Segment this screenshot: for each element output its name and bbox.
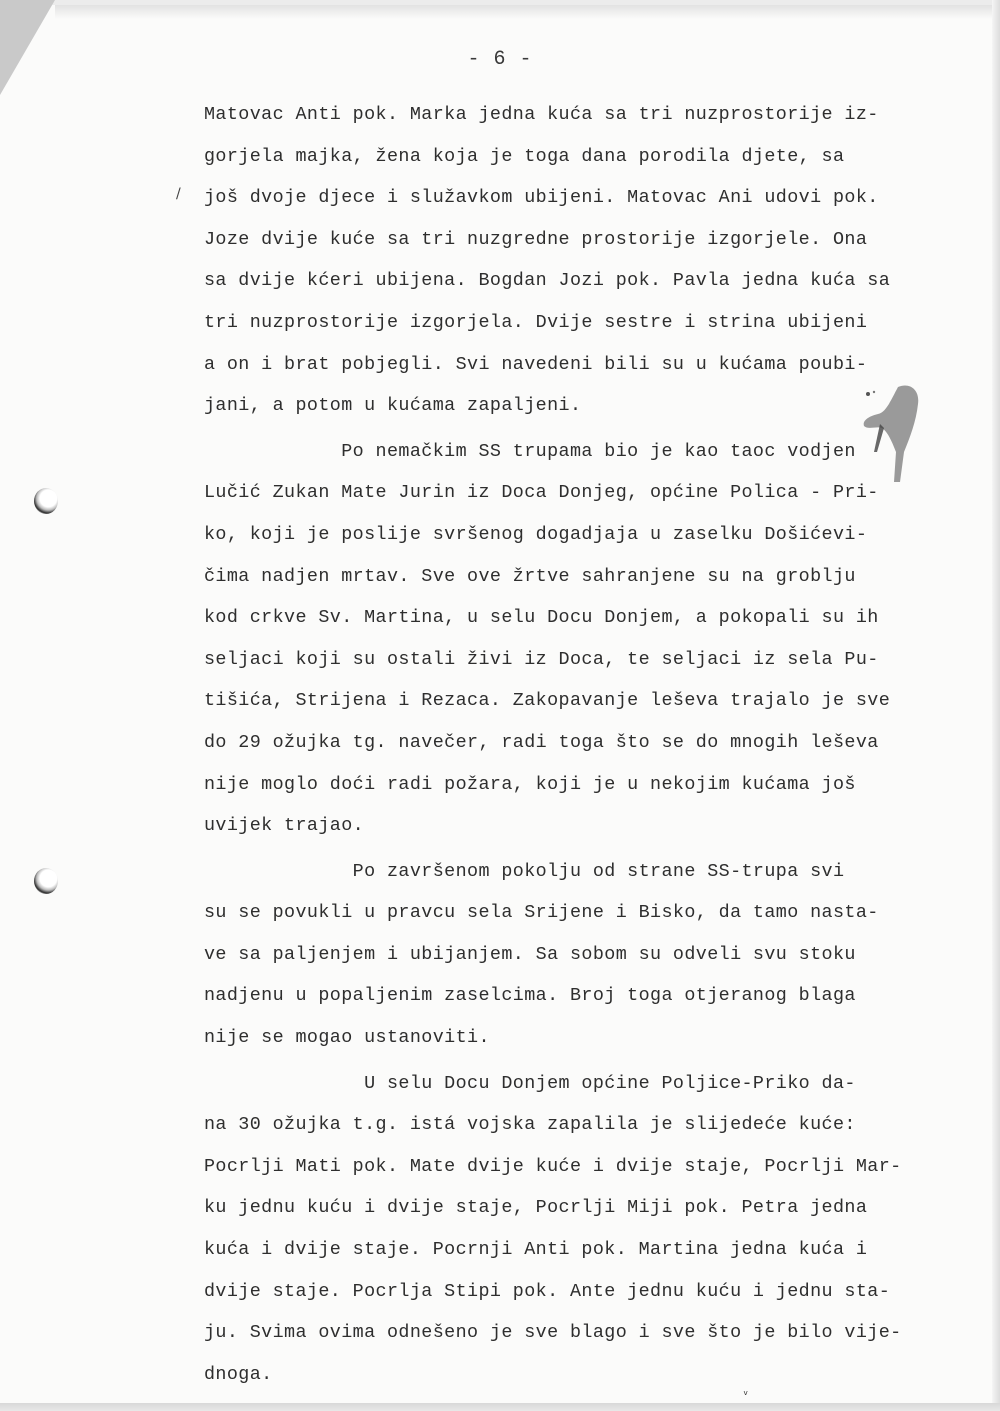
text-line: Joze dvije kuće sa tri nuzgredne prostor… — [204, 225, 964, 267]
text-line: tri nuzprostorije izgorjela. Dvije sestr… — [204, 308, 964, 350]
text-line: dnoga. — [204, 1360, 964, 1402]
text-line: su se povukli u pravcu sela Srijene i Bi… — [204, 898, 964, 940]
paragraph-p2: Po nemačkim SS trupama bio je kao taoc v… — [204, 437, 964, 853]
text-line: ve sa paljenjem i ubijanjem. Sa sobom su… — [204, 940, 964, 982]
text-line: uvijek trajao. — [204, 811, 964, 853]
text-line: čima nadjen mrtav. Sve ove žrtve sahranj… — [204, 562, 964, 604]
page-bottom-edge — [0, 1403, 1000, 1411]
text-line: a on i brat pobjegli. Svi navedeni bili … — [204, 350, 964, 392]
text-line: još dvoje djece i služavkom ubijeni. Mat… — [204, 183, 964, 225]
paragraph-p4: U selu Docu Donjem općine Poljice-Priko … — [204, 1069, 964, 1402]
scanned-page: / ᵥ - 6 - Matovac Anti pok. Marka jedna … — [0, 0, 1000, 1411]
paragraph-p3: Po završenom pokolju od strane SS-trupa … — [204, 857, 964, 1065]
text-line: gorjela majka, žena koja je toga dana po… — [204, 142, 964, 184]
text-line: U selu Docu Donjem općine Poljice-Priko … — [204, 1069, 964, 1111]
paragraph-p1: Matovac Anti pok. Marka jedna kuća sa tr… — [204, 100, 964, 433]
text-line: ju. Svima ovima odnešeno je sve blago i … — [204, 1318, 964, 1360]
text-line: seljaci koji su ostali živi iz Doca, te … — [204, 645, 964, 687]
text-line: Po nemačkim SS trupama bio je kao taoc v… — [204, 437, 964, 479]
text-line: kuća i dvije staje. Pocrnji Anti pok. Ma… — [204, 1235, 964, 1277]
text-line: jani, a potom u kućama zapaljeni. — [204, 391, 964, 433]
pencil-tick-mark: / — [176, 186, 181, 202]
typewritten-body: Matovac Anti pok. Marka jedna kuća sa tr… — [204, 100, 964, 1401]
punch-hole-icon — [34, 868, 58, 894]
text-line: kod crkve Sv. Martina, u selu Docu Donje… — [204, 603, 964, 645]
text-line: nadjenu u popaljenim zaselcima. Broj tog… — [204, 981, 964, 1023]
page-right-edge — [992, 0, 1000, 1411]
text-line: Po završenom pokolju od strane SS-trupa … — [204, 857, 964, 899]
text-line: Pocrlji Mati pok. Mate dvije kuće i dvij… — [204, 1152, 964, 1194]
text-line: nije se mogao ustanoviti. — [204, 1023, 964, 1065]
text-line: sa dvije kćeri ubijena. Bogdan Jozi pok.… — [204, 266, 964, 308]
text-line: do 29 ožujka tg. navečer, radi toga što … — [204, 728, 964, 770]
scan-top-shadow — [55, 5, 1000, 19]
punch-hole-icon — [34, 488, 58, 514]
page-number: - 6 - — [0, 48, 1000, 71]
text-line: ku jednu kuću i dvije staje, Pocrlji Mij… — [204, 1193, 964, 1235]
text-line: nije moglo doći radi požara, koji je u n… — [204, 770, 964, 812]
text-line: Lučić Zukan Mate Jurin iz Doca Donjeg, o… — [204, 478, 964, 520]
text-line: Matovac Anti pok. Marka jedna kuća sa tr… — [204, 100, 964, 142]
text-line: na 30 ožujka t.g. istá vojska zapalila j… — [204, 1110, 964, 1152]
text-line: dvije staje. Pocrlja Stipi pok. Ante jed… — [204, 1277, 964, 1319]
text-line: tišića, Strijena i Rezaca. Zakopavanje l… — [204, 686, 964, 728]
text-line: ko, koji je poslije svršenog dogadjaja u… — [204, 520, 964, 562]
